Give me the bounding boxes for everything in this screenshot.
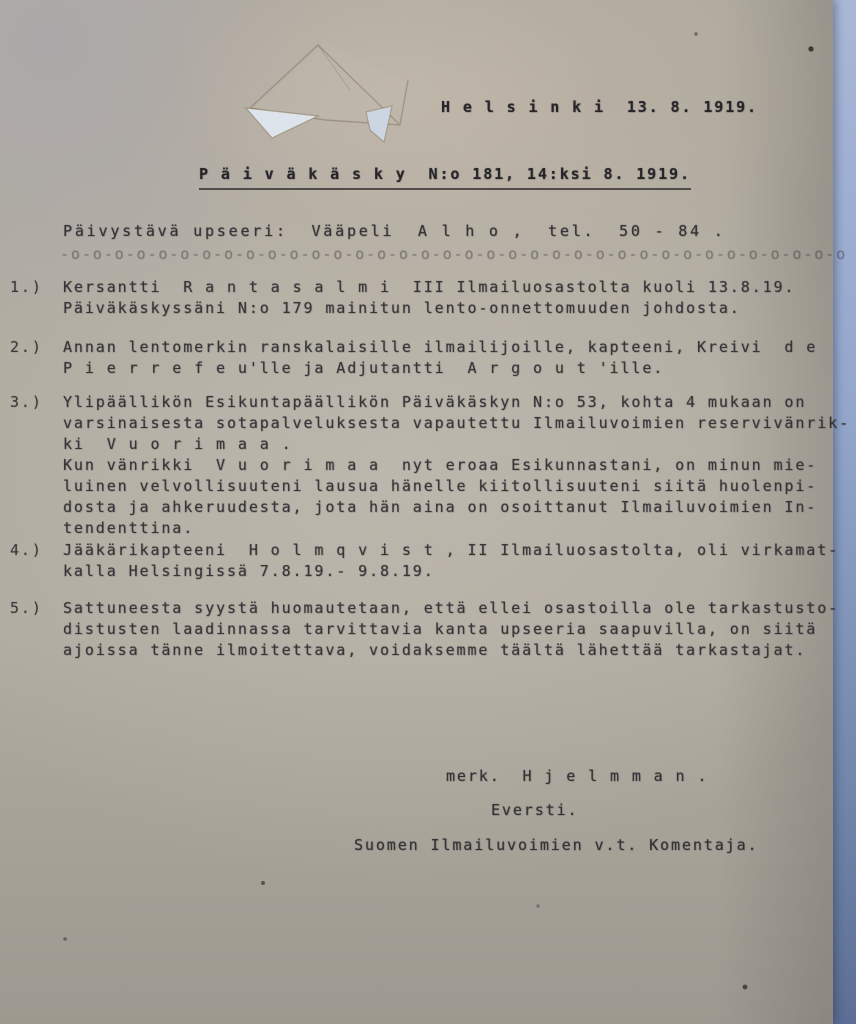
item-number: 5.): [10, 598, 63, 619]
signature-rank: Eversti.: [491, 800, 578, 821]
order-line: Sattuneesta syystä huomautetaan, että el…: [63, 598, 850, 619]
item-number: 4.): [10, 540, 63, 561]
order-items: 1.) Kersantti R a n t a s a l m i III Il…: [10, 277, 850, 661]
item-text: Ylipäällikön Esikuntapäällikön Päiväkäsk…: [63, 392, 850, 539]
order-line: tendenttina.: [63, 518, 850, 539]
order-item-3: 3.) Ylipäällikön Esikuntapäällikön Päivä…: [10, 392, 850, 539]
order-line: Kun vänrikki V u o r i m a a nyt eroaa E…: [63, 455, 850, 476]
item-text: Kersantti R a n t a s a l m i III Ilmail…: [63, 277, 850, 319]
separator-line: -o-o-o-o-o-o-o-o-o-o-o-o-o-o-o-o-o-o-o-o…: [60, 244, 847, 265]
order-line: Ylipäällikön Esikuntapäällikön Päiväkäsk…: [63, 392, 850, 413]
order-line: P i e r r e f e u'lle ja Adjutantti A r …: [63, 358, 850, 379]
order-line: Päiväkäskyssäni N:o 179 mainitun lento-o…: [63, 298, 850, 319]
document-paper: H e l s i n k i 13. 8. 1919. P ä i v ä k…: [0, 0, 833, 1024]
order-line: luinen velvollisuuteni lausua hänelle ki…: [63, 476, 850, 497]
item-number: 3.): [10, 392, 63, 413]
order-line: ki V u o r i m a a .: [63, 434, 850, 455]
dateline: H e l s i n k i 13. 8. 1919.: [441, 97, 758, 118]
item-text: Sattuneesta syystä huomautetaan, että el…: [63, 598, 850, 661]
order-item-4: 4.) Jääkärikapteeni H o l m q v i s t , …: [10, 540, 850, 582]
order-line: Kersantti R a n t a s a l m i III Ilmail…: [63, 277, 850, 298]
item-text: Annan lentomerkin ranskalaisille ilmaili…: [63, 337, 850, 379]
item-number: 2.): [10, 337, 63, 358]
signature-unit-title: Suomen Ilmailuvoimien v.t. Komentaja.: [354, 835, 758, 856]
duty-officer-line: Päivystävä upseeri: Vääpeli A l h o , te…: [63, 221, 726, 242]
item-text: Jääkärikapteeni H o l m q v i s t , II I…: [63, 540, 850, 582]
order-item-5: 5.) Sattuneesta syystä huomautetaan, ett…: [10, 598, 850, 661]
item-number: 1.): [10, 277, 63, 298]
signature-signed: merk. H j e l m m a n .: [446, 766, 708, 787]
order-line: dosta ja ahkeruudesta, jota hän aina on …: [63, 497, 850, 518]
paper-specks: [0, 0, 2, 2]
order-line: distusten laadinnassa tarvittavia kanta …: [63, 619, 850, 640]
photo-background: H e l s i n k i 13. 8. 1919. P ä i v ä k…: [0, 0, 856, 1024]
order-line: varsinaisesta sotapalveluksesta vapautet…: [63, 413, 850, 434]
order-line: Jääkärikapteeni H o l m q v i s t , II I…: [63, 540, 850, 561]
order-item-1: 1.) Kersantti R a n t a s a l m i III Il…: [10, 277, 850, 319]
document-title: P ä i v ä k ä s k y N:o 181, 14:ksi 8. 1…: [199, 164, 691, 190]
order-item-2: 2.) Annan lentomerkin ranskalaisille ilm…: [10, 337, 850, 379]
order-line: Annan lentomerkin ranskalaisille ilmaili…: [63, 337, 850, 358]
paper-tear: [230, 20, 450, 150]
order-line: ajoissa tänne ilmoitettava, voidaksemme …: [63, 640, 850, 661]
order-line: kalla Helsingissä 7.8.19.- 9.8.19.: [63, 561, 850, 582]
